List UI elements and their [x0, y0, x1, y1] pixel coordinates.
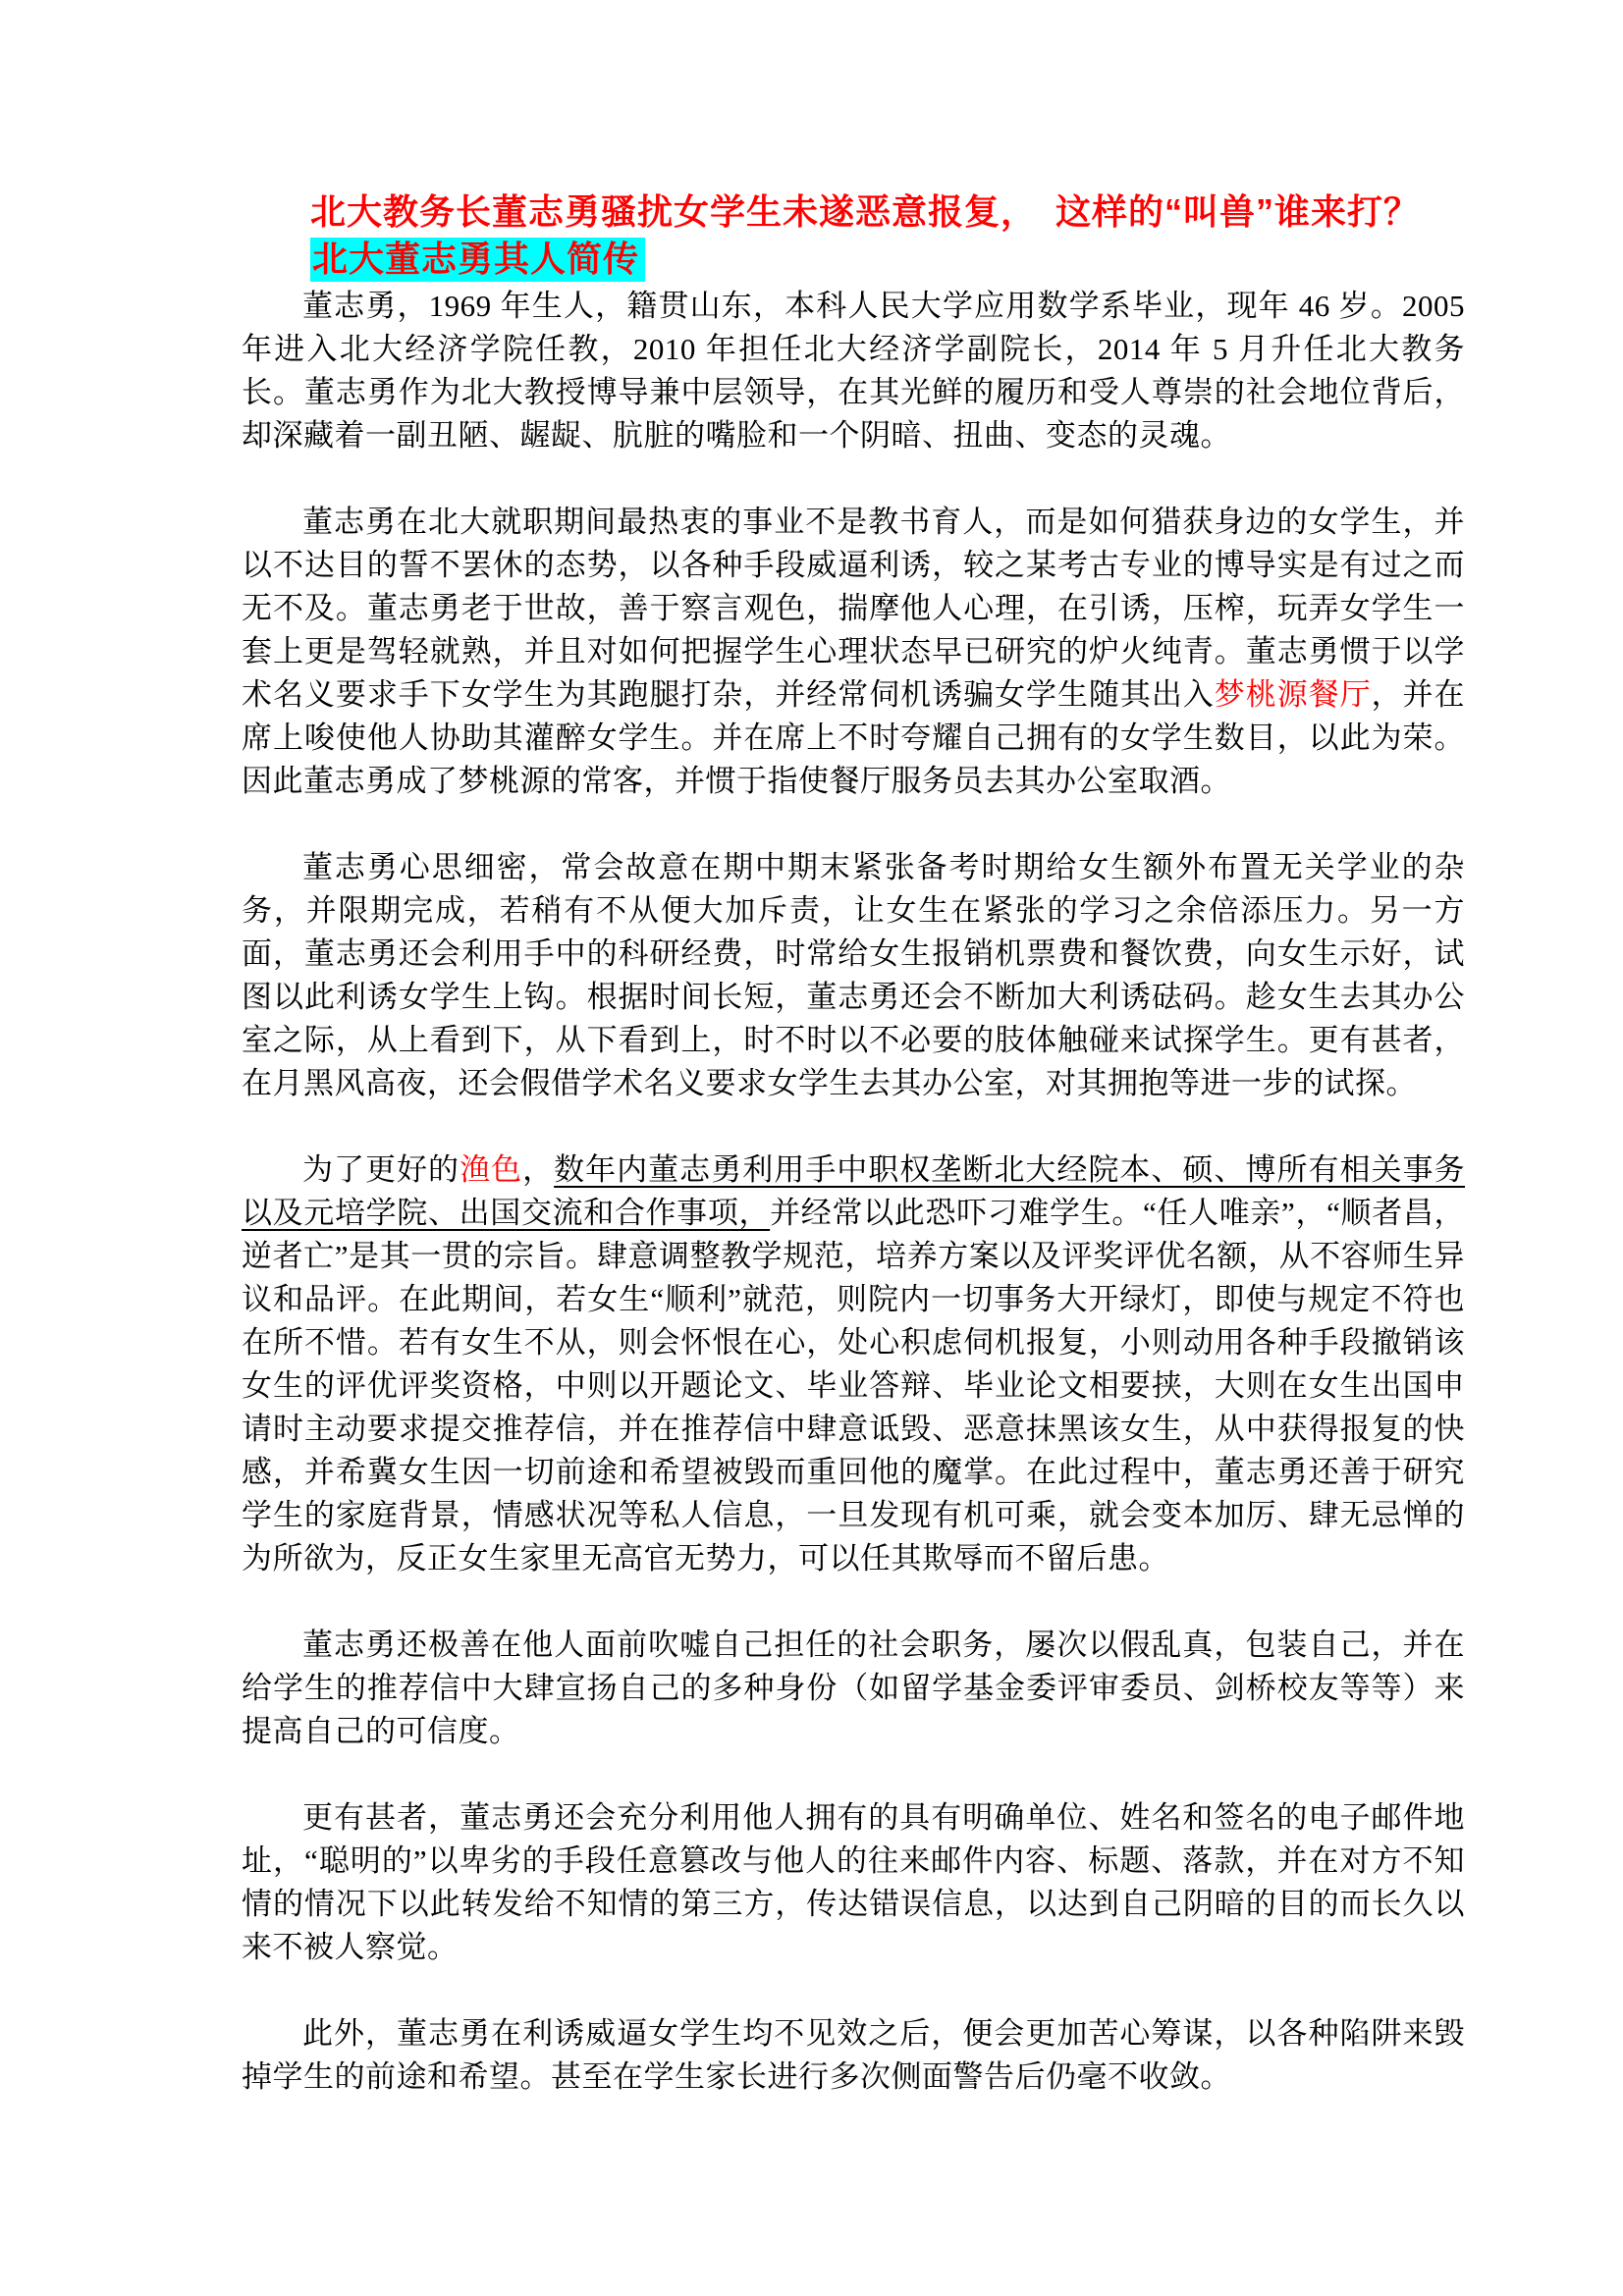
- paragraph-text: 董志勇，1969 年生人，籍贯山东，本科人民大学应用数学系毕业，现年 46 岁。…: [242, 289, 1465, 453]
- paragraph-bragging: 董志勇还极善在他人面前吹嘘自己担任的社会职务，屡次以假乱真，包装自己，并在给学生…: [242, 1624, 1465, 1753]
- paragraph-text: 更有甚者，董志勇还会充分利用他人拥有的具有明确单位、姓名和签名的电子邮件地址，“…: [242, 1800, 1465, 1964]
- red-text-yuse: 渔色: [460, 1152, 522, 1187]
- paragraph-text: 董志勇还极善在他人面前吹嘘自己担任的社会职务，屡次以假乱真，包装自己，并在给学生…: [242, 1628, 1465, 1748]
- paragraph-email-forgery: 更有甚者，董志勇还会充分利用他人拥有的具有明确单位、姓名和签名的电子邮件地址，“…: [242, 1796, 1465, 1969]
- highlighted-subtitle: 北大董志勇其人简传: [310, 238, 645, 282]
- paragraph-text: ，: [522, 1152, 554, 1187]
- document-title-line1: 北大教务长董志勇骚扰女学生未遂恶意报复， 这样的“叫兽”谁来打？: [310, 188, 1465, 236]
- title-text: 北大教务长董志勇骚扰女学生未遂恶意报复， 这样的“叫兽”谁来打？: [310, 191, 1420, 232]
- paragraph-bio: 董志勇，1969 年生人，籍贯山东，本科人民大学应用数学系毕业，现年 46 岁。…: [242, 285, 1465, 457]
- paragraph-conclusion: 此外，董志勇在利诱威逼女学生均不见效之后，便会更加苦心筹谋，以各种陷阱来毁掉学生…: [242, 2012, 1465, 2099]
- paragraph-power-abuse: 为了更好的渔色，数年内董志勇利用手中职权垄断北大经院本、硕、博所有相关事务以及元…: [242, 1148, 1465, 1580]
- red-text-restaurant-name: 梦桃源餐厅: [1215, 677, 1372, 712]
- paragraph-text: 董志勇心思细密，常会故意在期中期末紧张备考时期给女生额外布置无关学业的杂务，并限…: [242, 850, 1465, 1100]
- paragraph-text: 为了更好的: [302, 1152, 460, 1187]
- paragraph-restaurant: 董志勇在北大就职期间最热衷的事业不是教书育人，而是如何猎获身边的女学生，并以不达…: [242, 501, 1465, 803]
- document-title-line2: 北大董志勇其人简传: [310, 236, 1465, 283]
- paragraph-text: 并经常以此恐吓刁难学生。“任人唯亲”，“顺者昌，逆者亡”是其一贯的宗旨。肆意调整…: [242, 1196, 1465, 1575]
- paragraph-text: 此外，董志勇在利诱威逼女学生均不见效之后，便会更加苦心筹谋，以各种陷阱来毁掉学生…: [242, 2016, 1465, 2094]
- document-page: 北大教务长董志勇骚扰女学生未遂恶意报复， 这样的“叫兽”谁来打？ 北大董志勇其人…: [0, 0, 1623, 2296]
- document-content: 北大教务长董志勇骚扰女学生未遂恶意报复， 这样的“叫兽”谁来打？ 北大董志勇其人…: [242, 188, 1465, 2099]
- paragraph-pressure-tactics: 董志勇心思细密，常会故意在期中期末紧张备考时期给女生额外布置无关学业的杂务，并限…: [242, 846, 1465, 1105]
